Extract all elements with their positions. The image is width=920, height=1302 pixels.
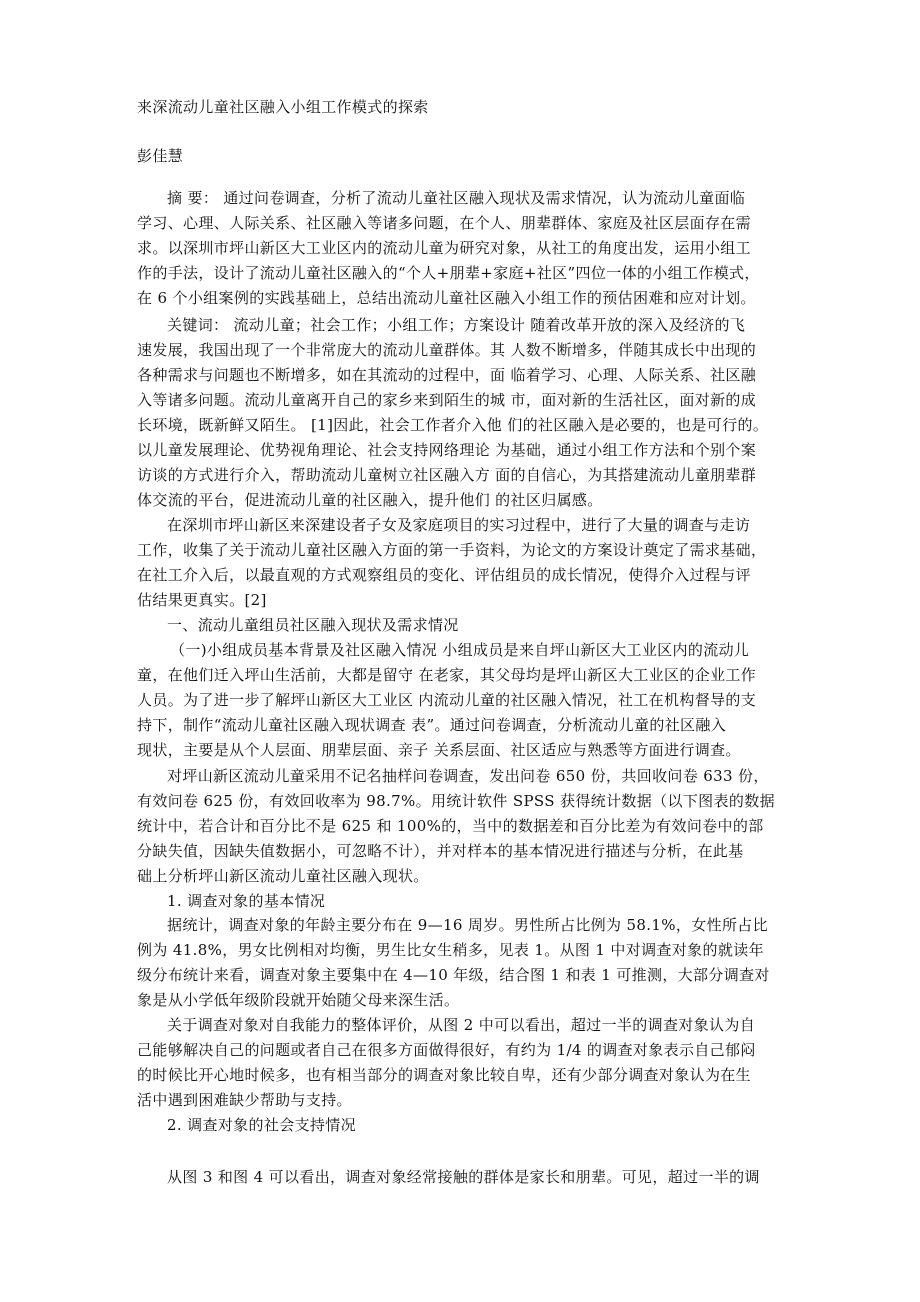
text-line: 关键词： 流动儿童；社会工作；小组工作；方案设计 随着改革开放的深入及经济的飞 xyxy=(167,315,745,335)
text-line: 摘 要： 通过问卷调查，分析了流动儿童社区融入现状及需求情况，认为流动儿童面临 xyxy=(167,188,745,208)
text-line: 估结果更真实。[2] xyxy=(137,590,267,610)
text-line: 入等诸多问题。流动儿童离开自己的家乡来到陌生的城 市，面对新的生活社区，面对新的… xyxy=(137,390,756,410)
document-title: 来深流动儿童社区融入小组工作模式的探索 xyxy=(137,97,429,117)
text-line: 各种需求与问题也不断增多，如在其流动的过程中，面 临着学习、心理、人际关系、社区… xyxy=(137,365,756,385)
text-line: 作的手法，设计了流动儿童社区融入的“个人+朋辈+家庭+社区”四位一体的小组工作模… xyxy=(137,263,760,283)
text-line: 工作，收集了关于流动儿童社区融入方面的第一手资料，为论文的方案设计奠定了需求基础… xyxy=(137,540,766,560)
text-line: 从图 3 和图 4 可以看出，调查对象经常接触的群体是家长和朋辈。可见，超过一半… xyxy=(167,1167,760,1187)
text-line: 学习、心理、人际关系、社区融入等诸多问题，在个人、朋辈群体、家庭及社区层面存在需 xyxy=(137,213,751,233)
text-line: 一、流动儿童组员社区融入现状及需求情况 xyxy=(167,615,459,635)
text-line: 象是从小学低年级阶段就开始随父母来深生活。 xyxy=(137,990,459,1010)
text-line: 求。以深圳市坪山新区大工业区内的流动儿童为研究对象，从社工的角度出发，运用小组工 xyxy=(137,238,751,258)
text-line: 人员。为了进一步了解坪山新区大工业区 内流动儿童的社区融入情况，社工在机构督导的… xyxy=(137,690,756,710)
text-line: 对坪山新区流动儿童采用不记名抽样问卷调查，发出问卷 650 份，共回收问卷 63… xyxy=(167,766,769,786)
text-line: 己能够解决自己的问题或者自己在很多方面做得很好，有约为 1/4 的调查对象表示自… xyxy=(137,1040,756,1060)
text-line: 在社工介入后，以最直观的方式观察组员的变化、评估组员的成长情况，使得介入过程与评 xyxy=(137,565,751,585)
text-line: 统计中，若合计和百分比不是 625 和 100%的，当中的数据差和百分比差为有效… xyxy=(137,816,764,836)
text-line: 2. 调查对象的社会支持情况 xyxy=(167,1115,356,1135)
text-line: 例为 41.8%，男女比例相对均衡，男生比女生稍多，见表 1。从图 1 中对调查… xyxy=(137,940,764,960)
text-line: 关于调查对象对自我能力的整体评价，从图 2 中可以看出，超过一半的调查对象认为自 xyxy=(167,1015,755,1035)
text-line: 现状，主要是从个人层面、朋辈层面、亲子 关系层面、社区适应与熟悉等方面进行调查。 xyxy=(137,740,741,760)
text-line: 级分布统计来看，调查对象主要集中在 4—10 年级，结合图 1 和表 1 可推测… xyxy=(137,965,770,985)
text-line: 活中遇到困难缺少帮助与支持。 xyxy=(137,1090,352,1110)
text-line: 有效问卷 625 份，有效回收率为 98.7%。用统计软件 SPSS 获得统计数… xyxy=(137,791,775,811)
text-line: 在 6 个小组案例的实践基础上，总结出流动儿童社区融入小组工作的预估困难和应对计… xyxy=(137,288,756,308)
text-line: 体交流的平台，促进流动儿童的社区融入，提升他们 的社区归属感。 xyxy=(137,490,603,510)
text-line: 速发展，我国出现了一个非常庞大的流动儿童群体。其 人数不断增多，伴随其成长中出现… xyxy=(137,340,756,360)
text-line: 在深圳市坪山新区来深建设者子女及家庭项目的实习过程中，进行了大量的调查与走访 xyxy=(167,515,750,535)
text-line: 访谈的方式进行介入，帮助流动儿童树立社区融入方 面的自信心，为其搭建流动儿童朋辈… xyxy=(137,465,756,485)
text-line: （一)小组成员基本背景及社区融入情况 小组成员是来自坪山新区大工业区内的流动儿 xyxy=(170,640,749,660)
text-line: 长环境，既新鲜又陌生。 [1]因此，社会工作者介入他 们的社区融入是必要的，也是… xyxy=(137,415,768,435)
text-line: 据统计，调查对象的年龄主要分布在 9—16 周岁。男性所占比例为 58.1%，女… xyxy=(167,915,768,935)
document-author: 彭佳慧 xyxy=(137,146,183,166)
text-line: 1. 调查对象的基本情况 xyxy=(167,891,325,911)
text-line: 以儿童发展理论、优势视角理论、社会支持网络理论 为基础，通过小组工作方法和个别个… xyxy=(137,440,756,460)
text-line: 础上分析坪山新区流动儿童社区融入现状。 xyxy=(137,866,429,886)
text-line: 童，在他们迁入坪山生活前，大都是留守 在老家，其父母均是坪山新区大工业区的企业工… xyxy=(137,665,756,685)
text-line: 分缺失值，因缺失值数据小，可忽略不计），并对样本的基本情况进行描述与分析，在此基 xyxy=(137,841,744,861)
text-line: 持下，制作“流动儿童社区融入现状调查 表”。通过问卷调查，分析流动儿童的社区融入 xyxy=(137,715,726,735)
text-line: 的时候比开心地时候多，也有相当部分的调查对象比较自卑，还有少部分调查对象认为在生 xyxy=(137,1065,751,1085)
